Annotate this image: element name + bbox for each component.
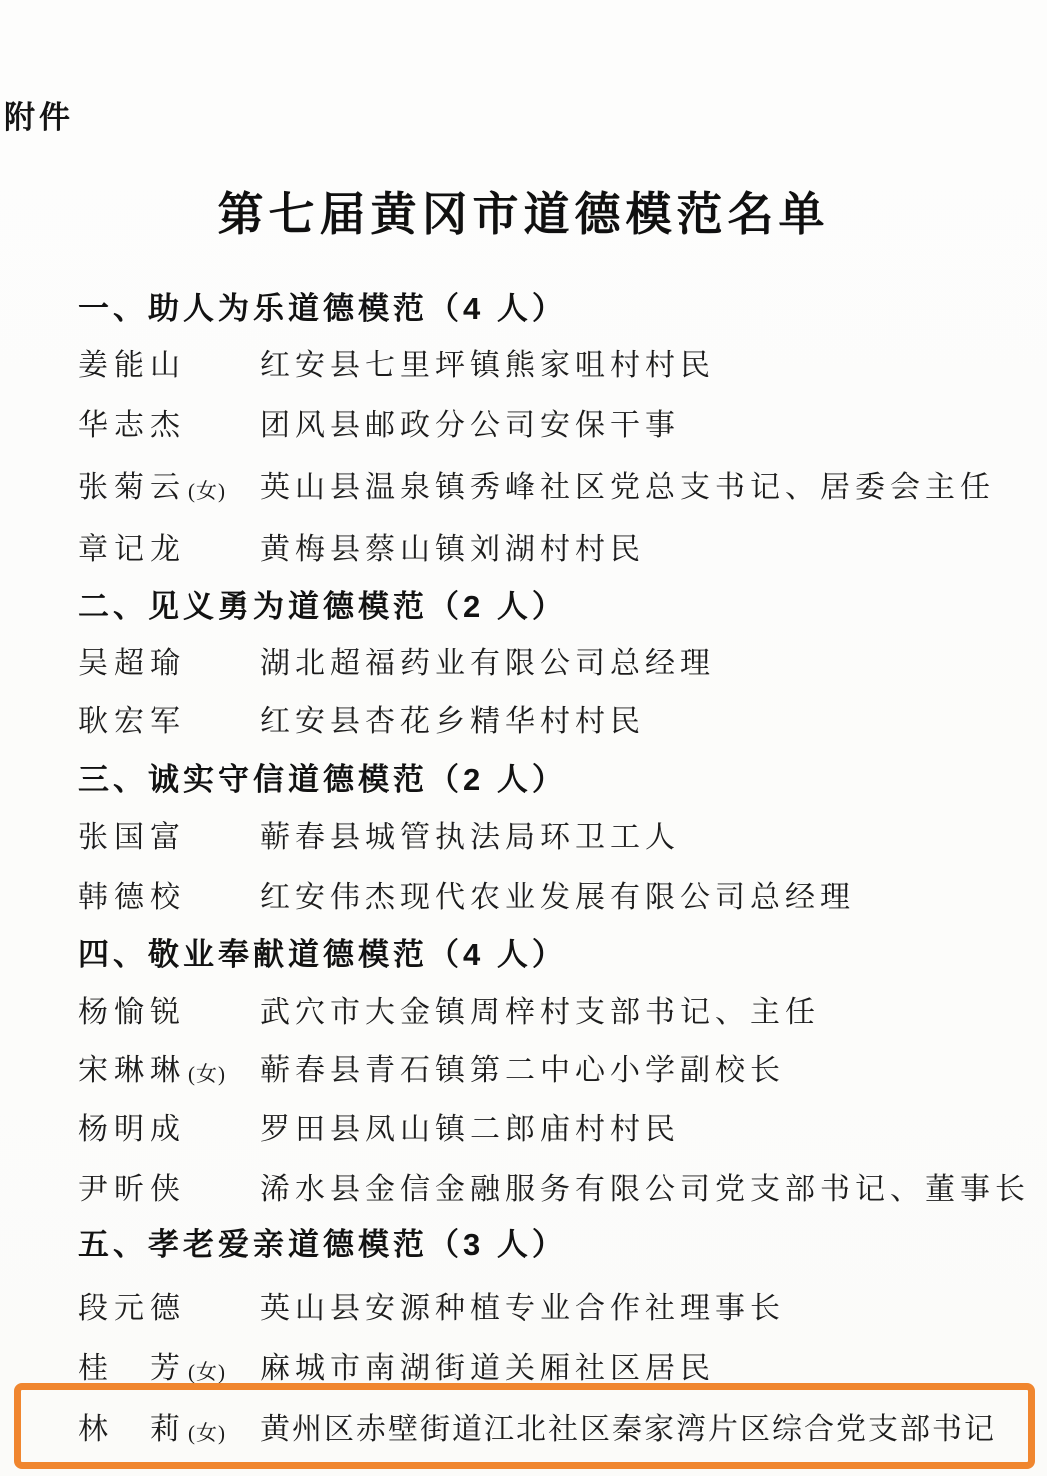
person-name: 张国富 (78, 812, 186, 856)
name-column: 桂 芳 (女) (78, 1343, 260, 1387)
person-name: 姜能山 (78, 340, 186, 384)
attachment-label: 附件 (4, 92, 74, 137)
gender-label: (女) (188, 475, 226, 505)
person-name: 段元德 (78, 1283, 186, 1327)
list-item: 尹昕侠 浠水县金信金融服务有限公司党支部书记、董事长 (78, 1164, 1035, 1208)
person-name: 桂 芳 (78, 1343, 186, 1387)
name-column: 章记龙 (78, 524, 260, 568)
name-column: 姜能山 (78, 340, 260, 384)
person-name: 宋琳琳 (78, 1045, 186, 1089)
section-heading-3: 三、诚实守信道德模范（2 人） (78, 754, 567, 799)
list-item: 段元德 英山县安源种植专业合作社理事长 (78, 1283, 1035, 1327)
person-description: 黄梅县蔡山镇刘湖村村民 (260, 524, 645, 568)
list-item: 杨愉锐 武穴市大金镇周梓村支部书记、主任 (78, 987, 1035, 1031)
person-description: 黄州区赤壁街道江北社区秦家湾片区综合党支部书记 (260, 1404, 996, 1448)
list-item: 章记龙 黄梅县蔡山镇刘湖村村民 (78, 524, 1035, 568)
list-item: 宋琳琳 (女) 蕲春县青石镇第二中心小学副校长 (78, 1045, 1035, 1089)
person-name: 杨明成 (78, 1104, 186, 1148)
name-column: 段元德 (78, 1283, 260, 1327)
gender-label: (女) (188, 1417, 226, 1447)
name-column: 耿宏军 (78, 696, 260, 740)
section-heading-2: 二、见义勇为道德模范（2 人） (78, 581, 567, 626)
section-heading-5: 五、孝老爱亲道德模范（3 人） (78, 1219, 567, 1264)
person-name: 耿宏军 (78, 696, 186, 740)
name-column: 张菊云 (女) (78, 462, 260, 506)
person-description: 蕲春县青石镇第二中心小学副校长 (260, 1045, 785, 1089)
list-item: 桂 芳 (女) 麻城市南湖街道关厢社区居民 (78, 1343, 1035, 1387)
person-description: 团风县邮政分公司安保干事 (260, 400, 680, 444)
person-name: 张菊云 (78, 462, 186, 506)
name-column: 杨明成 (78, 1104, 260, 1148)
list-item-highlighted: 林 莉 (女) 黄州区赤壁街道江北社区秦家湾片区综合党支部书记 (78, 1404, 1035, 1448)
document-page: 附件 第七届黄冈市道德模范名单 一、助人为乐道德模范（4 人） 姜能山 红安县七… (0, 0, 1047, 1476)
name-column: 张国富 (78, 812, 260, 856)
section-heading-4: 四、敬业奉献道德模范（4 人） (78, 929, 567, 974)
person-description: 罗田县凤山镇二郎庙村村民 (260, 1104, 680, 1148)
list-item: 张国富 蕲春县城管执法局环卫工人 (78, 812, 1035, 856)
list-item: 华志杰 团风县邮政分公司安保干事 (78, 400, 1035, 444)
list-item: 吴超瑜 湖北超福药业有限公司总经理 (78, 638, 1035, 682)
person-description: 红安伟杰现代农业发展有限公司总经理 (260, 872, 855, 916)
person-name: 尹昕侠 (78, 1164, 186, 1208)
page-title: 第七届黄冈市道德模范名单 (0, 178, 1047, 244)
person-description: 武穴市大金镇周梓村支部书记、主任 (260, 987, 820, 1031)
person-name: 章记龙 (78, 524, 186, 568)
name-column: 尹昕侠 (78, 1164, 260, 1208)
section-heading-1: 一、助人为乐道德模范（4 人） (78, 283, 567, 328)
list-item: 张菊云 (女) 英山县温泉镇秀峰社区党总支书记、居委会主任 (78, 462, 1035, 506)
gender-label: (女) (188, 1356, 226, 1386)
person-description: 英山县安源种植专业合作社理事长 (260, 1283, 785, 1327)
list-item: 杨明成 罗田县凤山镇二郎庙村村民 (78, 1104, 1035, 1148)
person-description: 蕲春县城管执法局环卫工人 (260, 812, 680, 856)
name-column: 韩德校 (78, 872, 260, 916)
person-description: 湖北超福药业有限公司总经理 (260, 638, 715, 682)
name-column: 华志杰 (78, 400, 260, 444)
person-name: 韩德校 (78, 872, 186, 916)
name-column: 林 莉 (女) (78, 1404, 260, 1448)
gender-label: (女) (188, 1058, 226, 1088)
person-description: 红安县杏花乡精华村村民 (260, 696, 645, 740)
person-description: 红安县七里坪镇熊家咀村村民 (260, 340, 715, 384)
person-description: 麻城市南湖街道关厢社区居民 (260, 1343, 715, 1387)
name-column: 宋琳琳 (女) (78, 1045, 260, 1089)
list-item: 姜能山 红安县七里坪镇熊家咀村村民 (78, 340, 1035, 384)
person-name: 林 莉 (78, 1404, 186, 1448)
person-name: 华志杰 (78, 400, 186, 444)
list-item: 耿宏军 红安县杏花乡精华村村民 (78, 696, 1035, 740)
name-column: 吴超瑜 (78, 638, 260, 682)
name-column: 杨愉锐 (78, 987, 260, 1031)
person-description: 英山县温泉镇秀峰社区党总支书记、居委会主任 (260, 462, 995, 506)
person-name: 吴超瑜 (78, 638, 186, 682)
list-item: 韩德校 红安伟杰现代农业发展有限公司总经理 (78, 872, 1035, 916)
person-description: 浠水县金信金融服务有限公司党支部书记、董事长 (260, 1164, 1030, 1208)
person-name: 杨愉锐 (78, 987, 186, 1031)
